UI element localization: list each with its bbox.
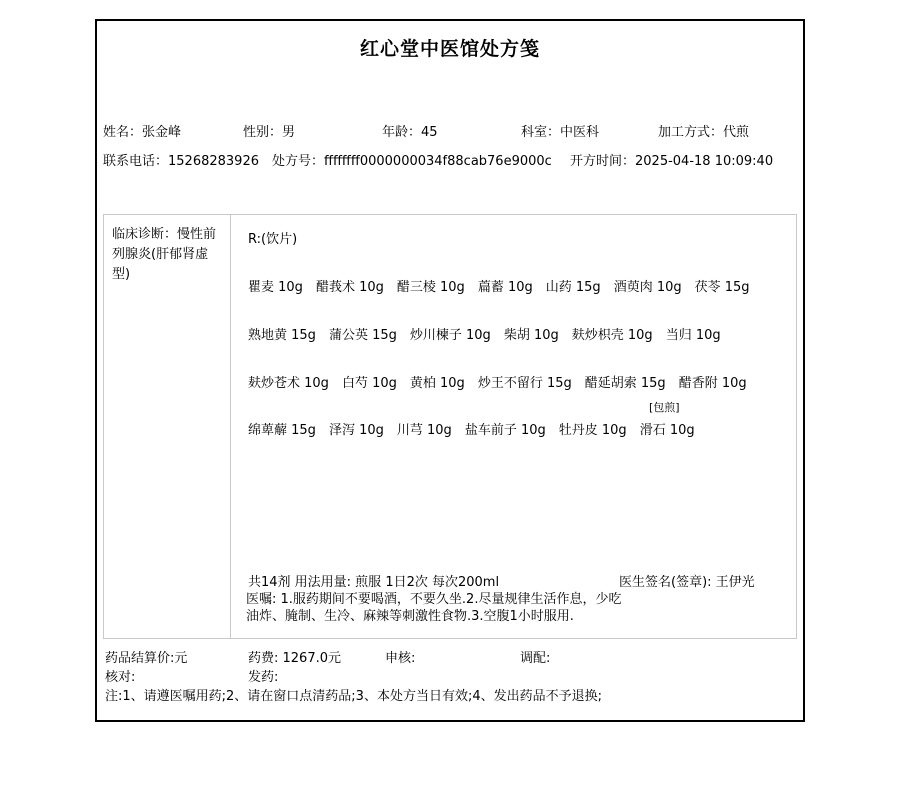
processing-method: 加工方式：代煎 (658, 121, 749, 140)
medicine-fee: 药费: 1267.0元 (248, 647, 341, 666)
decoct-in-bag-annotation: [包煎] (649, 399, 680, 415)
patient-age-value: 45 (421, 125, 438, 140)
herb-item: 熟地黄 15g (248, 328, 316, 343)
issue-time-label: 开方时间： (570, 154, 635, 169)
processing-method-label: 加工方式： (658, 125, 723, 140)
doctor-signature-label: 医生签名(签章): (619, 575, 716, 590)
herb-item: 醋延胡索 15g (585, 376, 666, 391)
herb-item: 酒萸肉 10g (614, 280, 682, 295)
footer-note: 注:1、请遵医嘱用药;2、请在窗口点清药品;3、本处方当日有效;4、发出药品不予… (105, 685, 602, 704)
herb-item: 绵萆薢 15g (248, 423, 316, 438)
page-title: 红心堂中医馆处方笺 (95, 34, 805, 61)
patient-department: 科室：中医科 (521, 121, 599, 140)
herb-line-2: 熟地黄 15g蒲公英 15g炒川楝子 10g柴胡 10g麸炒枳壳 10g当归 1… (248, 324, 721, 343)
prescription-cell: R:(饮片) 瞿麦 10g醋莪术 10g醋三棱 10g萹蓄 10g山药 15g酒… (231, 215, 796, 638)
issue-time-value: 2025-04-18 10:09:40 (635, 154, 773, 169)
issue-time: 开方时间：2025-04-18 10:09:40 (570, 150, 773, 169)
herb-item: 瞿麦 10g (248, 280, 303, 295)
herb-item: 泽泻 10g (329, 423, 384, 438)
doctor-signature-value: 王伊光 (716, 575, 755, 590)
rx-header: R:(饮片) (248, 228, 297, 247)
patient-gender-label: 性别： (243, 125, 282, 140)
patient-phone-value: 15268283926 (168, 154, 259, 169)
check-field: 核对: (105, 666, 135, 685)
herb-item: 柴胡 10g (504, 328, 559, 343)
herb-line-4: 绵萆薢 15g泽泻 10g川芎 10g盐车前子 10g牡丹皮 10g滑石 10g (248, 419, 695, 438)
rx-number-label: 处方号： (272, 154, 324, 169)
patient-gender: 性别：男 (243, 121, 295, 140)
patient-department-label: 科室： (521, 125, 560, 140)
herb-item: 醋三棱 10g (397, 280, 465, 295)
patient-phone: 联系电话：15268283926 (103, 150, 259, 169)
medicine-fee-label: 药费: (248, 651, 283, 666)
processing-method-value: 代煎 (723, 125, 749, 140)
diagnosis-cell: 临床诊断：慢性前列腺炎(肝郁肾虚型) (104, 215, 231, 638)
medicine-fee-value: 1267.0元 (283, 651, 342, 666)
patient-gender-value: 男 (282, 125, 295, 140)
herb-item: 麸炒枳壳 10g (572, 328, 653, 343)
patient-name-value: 张金峰 (142, 125, 181, 140)
prepare-field: 调配: (520, 647, 550, 666)
herb-line-3: 麸炒苍术 10g白芍 10g黄柏 10g炒王不留行 15g醋延胡索 15g醋香附… (248, 372, 747, 391)
patient-department-value: 中医科 (560, 125, 599, 140)
rx-number-value: ffffffff0000000034f88cab76e9000c (324, 154, 552, 169)
herb-item: 川芎 10g (397, 423, 452, 438)
herb-item: 蒲公英 15g (329, 328, 397, 343)
patient-age: 年龄：45 (382, 121, 438, 140)
herb-item: 黄柏 10g (410, 376, 465, 391)
doctor-signature: 医生签名(签章): 王伊光 (619, 571, 755, 590)
herb-item: 当归 10g (666, 328, 721, 343)
herb-item: 醋香附 10g (679, 376, 747, 391)
review-field: 申核: (385, 647, 415, 666)
herb-item: 山药 15g (546, 280, 601, 295)
herb-item: 麸炒苍术 10g (248, 376, 329, 391)
dispense-field: 发药: (248, 666, 278, 685)
herb-item: 萹蓄 10g (478, 280, 533, 295)
rx-number: 处方号：ffffffff0000000034f88cab76e9000c (272, 150, 552, 169)
settlement-price: 药品结算价:元 (105, 647, 187, 666)
prescription-box: 临床诊断：慢性前列腺炎(肝郁肾虚型) R:(饮片) 瞿麦 10g醋莪术 10g醋… (103, 214, 797, 639)
patient-phone-label: 联系电话： (103, 154, 168, 169)
herb-item: 滑石 10g (640, 423, 695, 438)
patient-name-label: 姓名： (103, 125, 142, 140)
herb-item: 茯苓 15g (695, 280, 750, 295)
herb-item: 醋莪术 10g (316, 280, 384, 295)
herb-item: 牡丹皮 10g (559, 423, 627, 438)
diagnosis-label: 临床诊断： (112, 227, 177, 242)
herb-item: 盐车前子 10g (465, 423, 546, 438)
herb-item: 白芍 10g (342, 376, 397, 391)
patient-name: 姓名：张金峰 (103, 121, 181, 140)
herb-item: 炒王不留行 15g (478, 376, 572, 391)
herb-line-1: 瞿麦 10g醋莪术 10g醋三棱 10g萹蓄 10g山药 15g酒萸肉 10g茯… (248, 276, 750, 295)
patient-age-label: 年龄： (382, 125, 421, 140)
prescription-page: 红心堂中医馆处方笺 姓名：张金峰 性别：男 年龄：45 科室：中医科 加工方式：… (0, 0, 900, 800)
doctor-instructions-line2: 油炸、腌制、生冷、麻辣等刺激性食物.3.空腹1小时服用. (246, 605, 574, 624)
herb-item: 炒川楝子 10g (410, 328, 491, 343)
